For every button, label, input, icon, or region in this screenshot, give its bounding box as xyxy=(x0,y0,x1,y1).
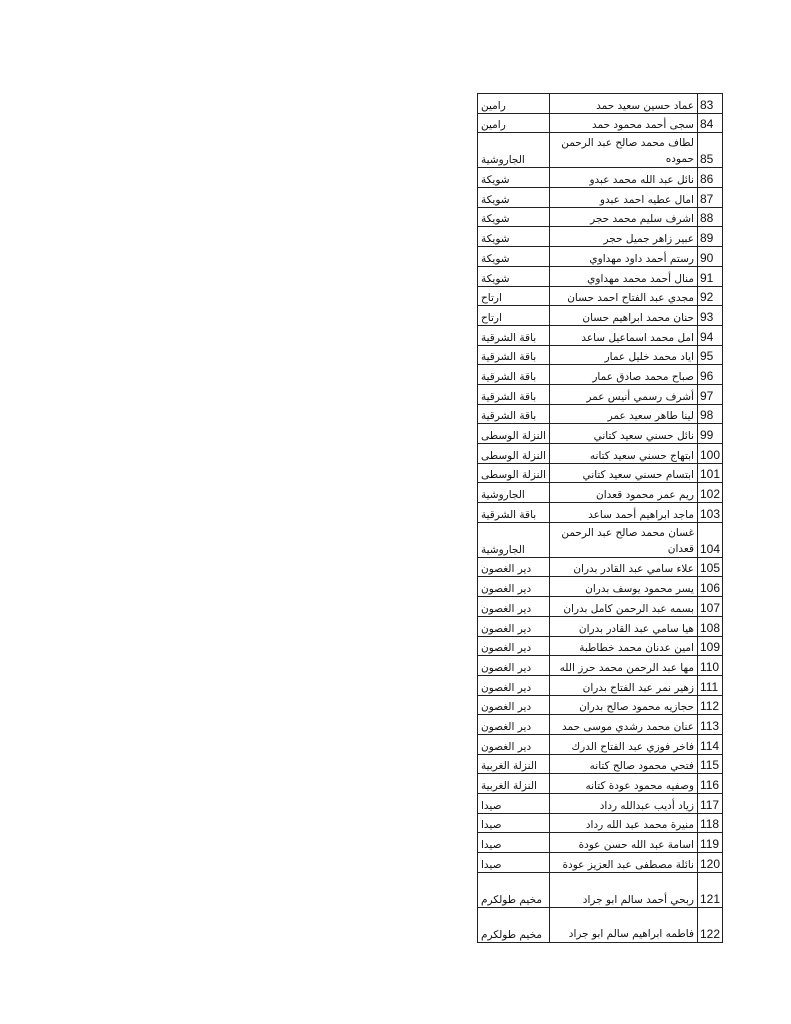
table-row: 117زياد أديب عبدالله ردادصيدا xyxy=(478,794,723,814)
name-cell: هيا سامي عبد القادر بدران xyxy=(549,616,697,636)
row-number-cell: 109 xyxy=(697,636,722,656)
row-number-cell: 120 xyxy=(697,853,722,873)
town-cell: باقة الشرقية xyxy=(478,365,550,385)
name-cell: اسامة عبد الله حسن عودة xyxy=(549,833,697,853)
table-row: 103ماجد ابراهيم أحمد ساعدباقة الشرقية xyxy=(478,503,723,523)
table-row: 84سجى أحمد محمود حمدرامين xyxy=(478,113,723,133)
table-row: 89عبير زاهر جميل حجرشويكة xyxy=(478,227,723,247)
name-cell: صباح محمد صادق عمار xyxy=(549,365,697,385)
name-cell: اشرف سليم محمد حجر xyxy=(549,207,697,227)
table-row: 122فاطمه ابراهيم سالم ابو جرادمخيم طولكر… xyxy=(478,907,723,942)
table-row: 85لطاف محمد صالح عبد الرحمن حمودهالجاروش… xyxy=(478,133,723,168)
town-cell: صيدا xyxy=(478,833,550,853)
table-row: 111زهير نمر عبد الفتاح بدراندير الغصون xyxy=(478,675,723,695)
table-row: 104غسان محمد صالح عبد الرحمن قعدانالجارو… xyxy=(478,522,723,557)
town-cell: دير الغصون xyxy=(478,557,550,577)
town-cell: النزلة الوسطى xyxy=(478,424,550,444)
table-row: 101ابتسام حسني سعيد كتانيالنزلة الوسطى xyxy=(478,463,723,483)
row-number-cell: 105 xyxy=(697,557,722,577)
table-row: 92مجدي عبد الفتاح احمد حسانارتاح xyxy=(478,286,723,306)
name-cell: وصفيه محمود عودة كتانه xyxy=(549,774,697,794)
row-number-cell: 107 xyxy=(697,597,722,617)
table-row: 108هيا سامي عبد القادر بدراندير الغصون xyxy=(478,616,723,636)
row-number-cell: 117 xyxy=(697,794,722,814)
town-cell: شويكة xyxy=(478,188,550,208)
row-number-cell: 97 xyxy=(697,384,722,404)
row-number-cell: 88 xyxy=(697,207,722,227)
table-row: 102ريم عمر محمود قعدانالجاروشية xyxy=(478,483,723,503)
row-number-cell: 92 xyxy=(697,286,722,306)
row-number-cell: 122 xyxy=(697,907,722,942)
name-cell: زهير نمر عبد الفتاح بدران xyxy=(549,675,697,695)
row-number-cell: 85 xyxy=(697,133,722,168)
table-row: 99نائل حسني سعيد كتانيالنزلة الوسطى xyxy=(478,424,723,444)
town-cell: باقة الشرقية xyxy=(478,384,550,404)
town-cell: ارتاح xyxy=(478,306,550,326)
row-number-cell: 84 xyxy=(697,113,722,133)
town-cell: صيدا xyxy=(478,813,550,833)
name-cell: فتحي محمود صالح كتانه xyxy=(549,754,697,774)
row-number-cell: 90 xyxy=(697,247,722,267)
town-cell: باقة الشرقية xyxy=(478,404,550,424)
row-number-cell: 118 xyxy=(697,813,722,833)
town-cell: الجاروشية xyxy=(478,483,550,503)
town-cell: ارتاح xyxy=(478,286,550,306)
row-number-cell: 111 xyxy=(697,675,722,695)
name-cell: فاخر فوزي عبد الفتاح الدرك xyxy=(549,734,697,754)
table-row: 109امين عدنان محمد خطاطبةدير الغصون xyxy=(478,636,723,656)
name-cell: نائلة مصطفى عبد العزيز عودة xyxy=(549,853,697,873)
row-number-cell: 89 xyxy=(697,227,722,247)
table-row: 94امل محمد اسماعيل ساعدباقة الشرقية xyxy=(478,325,723,345)
row-number-cell: 113 xyxy=(697,715,722,735)
name-cell: لينا طاهر سعيد عمر xyxy=(549,404,697,424)
town-cell: باقة الشرقية xyxy=(478,345,550,365)
row-number-cell: 110 xyxy=(697,656,722,676)
row-number-cell: 102 xyxy=(697,483,722,503)
name-cell: امين عدنان محمد خطاطبة xyxy=(549,636,697,656)
town-cell: دير الغصون xyxy=(478,656,550,676)
table-row: 88اشرف سليم محمد حجرشويكة xyxy=(478,207,723,227)
table-row: 110مها عبد الرحمن محمد حرز اللهدير الغصو… xyxy=(478,656,723,676)
row-number-cell: 91 xyxy=(697,266,722,286)
name-cell: ابتهاج حسني سعيد كتانه xyxy=(549,444,697,464)
name-cell: سجى أحمد محمود حمد xyxy=(549,113,697,133)
name-cell: علاء سامي عبد القادر بدران xyxy=(549,557,697,577)
name-cell: عبير زاهر جميل حجر xyxy=(549,227,697,247)
table-row: 119اسامة عبد الله حسن عودةصيدا xyxy=(478,833,723,853)
row-number-cell: 83 xyxy=(697,94,722,114)
row-number-cell: 100 xyxy=(697,444,722,464)
row-number-cell: 115 xyxy=(697,754,722,774)
town-cell: شويكة xyxy=(478,168,550,188)
town-cell: النزلة الوسطى xyxy=(478,444,550,464)
table-row: 114فاخر فوزي عبد الفتاح الدركدير الغصون xyxy=(478,734,723,754)
town-cell: دير الغصون xyxy=(478,675,550,695)
town-cell: شويكة xyxy=(478,207,550,227)
row-number-cell: 114 xyxy=(697,734,722,754)
town-cell: دير الغصون xyxy=(478,734,550,754)
town-cell: النزلة الغربية xyxy=(478,774,550,794)
row-number-cell: 87 xyxy=(697,188,722,208)
name-cell: امل محمد اسماعيل ساعد xyxy=(549,325,697,345)
name-cell: يسر محمود يوسف بدران xyxy=(549,577,697,597)
names-table: 83عماد حسين سعيد حمدرامين84سجى أحمد محمو… xyxy=(477,93,723,943)
row-number-cell: 112 xyxy=(697,695,722,715)
name-cell: زياد أديب عبدالله رداد xyxy=(549,794,697,814)
town-cell: الجاروشية xyxy=(478,522,550,557)
name-cell: ريم عمر محمود قعدان xyxy=(549,483,697,503)
row-number-cell: 86 xyxy=(697,168,722,188)
row-number-cell: 116 xyxy=(697,774,722,794)
town-cell: دير الغصون xyxy=(478,715,550,735)
table-row: 93حنان محمد ابراهيم حسانارتاح xyxy=(478,306,723,326)
table-row: 98لينا طاهر سعيد عمرباقة الشرقية xyxy=(478,404,723,424)
row-number-cell: 96 xyxy=(697,365,722,385)
table-row: 97أشرف رسمي أنيس عمرباقة الشرقية xyxy=(478,384,723,404)
table-row: 87امال عطيه احمد عبدوشويكة xyxy=(478,188,723,208)
row-number-cell: 98 xyxy=(697,404,722,424)
row-number-cell: 99 xyxy=(697,424,722,444)
document-page: 83عماد حسين سعيد حمدرامين84سجى أحمد محمو… xyxy=(0,0,791,1024)
town-cell: شويكة xyxy=(478,227,550,247)
name-cell: غسان محمد صالح عبد الرحمن قعدان xyxy=(549,522,697,557)
town-cell: صيدا xyxy=(478,794,550,814)
name-cell: رستم أحمد داود مهداوي xyxy=(549,247,697,267)
town-cell: مخيم طولكرم xyxy=(478,872,550,907)
table-row: 105علاء سامي عبد القادر بدراندير الغصون xyxy=(478,557,723,577)
name-cell: فاطمه ابراهيم سالم ابو جراد xyxy=(549,907,697,942)
table-row: 112حجازيه محمود صالح بدراندير الغصون xyxy=(478,695,723,715)
row-number-cell: 108 xyxy=(697,616,722,636)
table-row: 96صباح محمد صادق عمارباقة الشرقية xyxy=(478,365,723,385)
table-row: 91منال أحمد محمد مهداويشويكة xyxy=(478,266,723,286)
town-cell: الجاروشية xyxy=(478,133,550,168)
row-number-cell: 93 xyxy=(697,306,722,326)
name-cell: عماد حسين سعيد حمد xyxy=(549,94,697,114)
name-cell: بسمه عبد الرحمن كامل بدران xyxy=(549,597,697,617)
name-cell: نائل حسني سعيد كتاني xyxy=(549,424,697,444)
table-row: 113عنان محمد رشدي موسى حمددير الغصون xyxy=(478,715,723,735)
town-cell: شويكة xyxy=(478,247,550,267)
row-number-cell: 94 xyxy=(697,325,722,345)
row-number-cell: 103 xyxy=(697,503,722,523)
table-row: 121ربحي أحمد سالم ابو جرادمخيم طولكرم xyxy=(478,872,723,907)
town-cell: النزلة الوسطى xyxy=(478,463,550,483)
town-cell: رامين xyxy=(478,94,550,114)
name-cell: ابتسام حسني سعيد كتاني xyxy=(549,463,697,483)
name-cell: منيرة محمد عبد الله رداد xyxy=(549,813,697,833)
row-number-cell: 106 xyxy=(697,577,722,597)
town-cell: رامين xyxy=(478,113,550,133)
name-cell: حجازيه محمود صالح بدران xyxy=(549,695,697,715)
town-cell: مخيم طولكرم xyxy=(478,907,550,942)
row-number-cell: 101 xyxy=(697,463,722,483)
table-row: 95اياد محمد خليل عمارباقة الشرقية xyxy=(478,345,723,365)
table-row: 120نائلة مصطفى عبد العزيز عودةصيدا xyxy=(478,853,723,873)
name-cell: حنان محمد ابراهيم حسان xyxy=(549,306,697,326)
name-cell: مها عبد الرحمن محمد حرز الله xyxy=(549,656,697,676)
name-cell: أشرف رسمي أنيس عمر xyxy=(549,384,697,404)
town-cell: دير الغصون xyxy=(478,616,550,636)
row-number-cell: 104 xyxy=(697,522,722,557)
town-cell: صيدا xyxy=(478,853,550,873)
name-cell: امال عطيه احمد عبدو xyxy=(549,188,697,208)
name-cell: منال أحمد محمد مهداوي xyxy=(549,266,697,286)
town-cell: النزلة الغربية xyxy=(478,754,550,774)
town-cell: دير الغصون xyxy=(478,695,550,715)
row-number-cell: 121 xyxy=(697,872,722,907)
town-cell: دير الغصون xyxy=(478,577,550,597)
name-cell: اياد محمد خليل عمار xyxy=(549,345,697,365)
name-cell: مجدي عبد الفتاح احمد حسان xyxy=(549,286,697,306)
table-row: 115فتحي محمود صالح كتانهالنزلة الغربية xyxy=(478,754,723,774)
name-cell: نائل عبد الله محمد عبدو xyxy=(549,168,697,188)
row-number-cell: 95 xyxy=(697,345,722,365)
table-row: 100ابتهاج حسني سعيد كتانهالنزلة الوسطى xyxy=(478,444,723,464)
table-row: 86نائل عبد الله محمد عبدوشويكة xyxy=(478,168,723,188)
town-cell: شويكة xyxy=(478,266,550,286)
town-cell: باقة الشرقية xyxy=(478,325,550,345)
town-cell: دير الغصون xyxy=(478,636,550,656)
table-row: 106يسر محمود يوسف بدراندير الغصون xyxy=(478,577,723,597)
town-cell: باقة الشرقية xyxy=(478,503,550,523)
row-number-cell: 119 xyxy=(697,833,722,853)
table-row: 83عماد حسين سعيد حمدرامين xyxy=(478,94,723,114)
name-cell: لطاف محمد صالح عبد الرحمن حموده xyxy=(549,133,697,168)
table-row: 118منيرة محمد عبد الله ردادصيدا xyxy=(478,813,723,833)
name-cell: ماجد ابراهيم أحمد ساعد xyxy=(549,503,697,523)
table-row: 116وصفيه محمود عودة كتانهالنزلة الغربية xyxy=(478,774,723,794)
names-table-body: 83عماد حسين سعيد حمدرامين84سجى أحمد محمو… xyxy=(478,94,723,943)
town-cell: دير الغصون xyxy=(478,597,550,617)
name-cell: ربحي أحمد سالم ابو جراد xyxy=(549,872,697,907)
table-row: 90رستم أحمد داود مهداويشويكة xyxy=(478,247,723,267)
table-row: 107بسمه عبد الرحمن كامل بدراندير الغصون xyxy=(478,597,723,617)
name-cell: عنان محمد رشدي موسى حمد xyxy=(549,715,697,735)
